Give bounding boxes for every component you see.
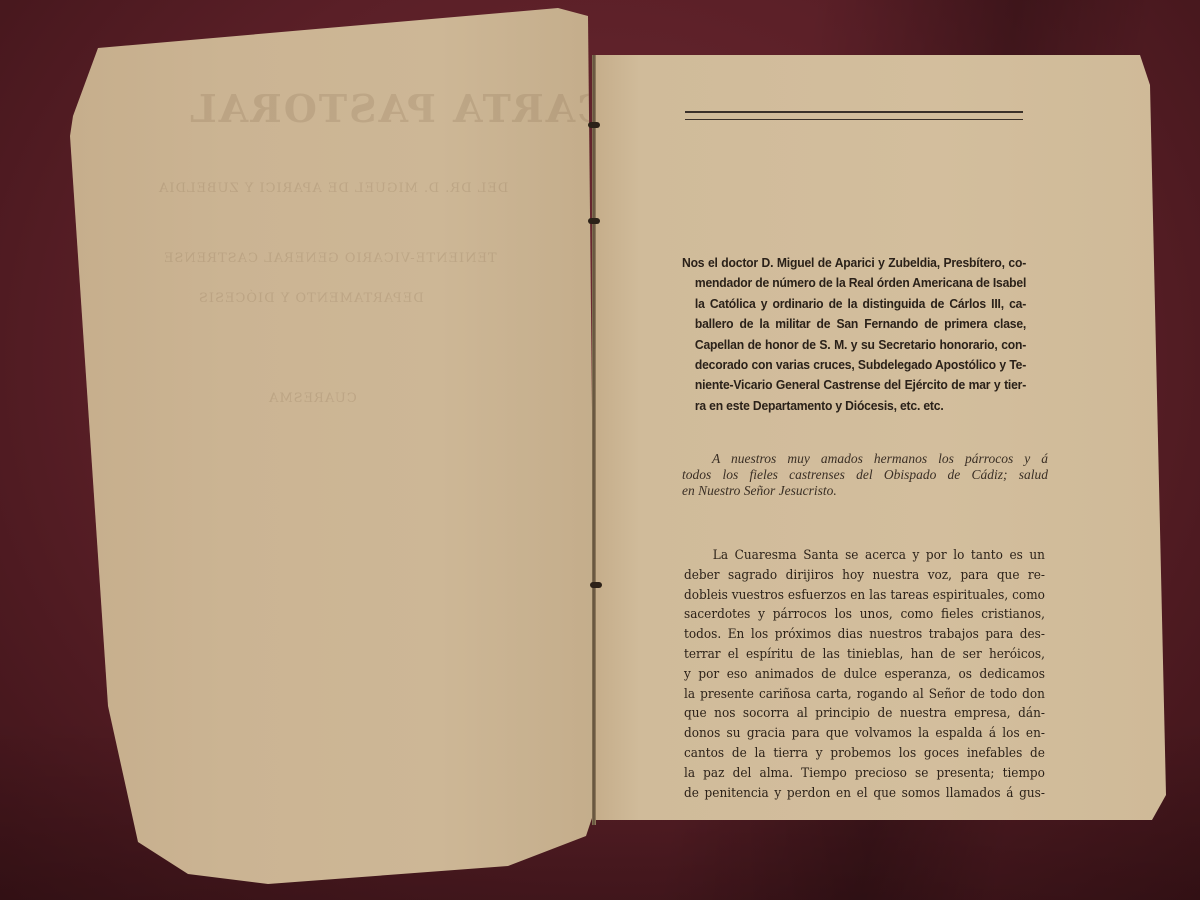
header-double-rule [685, 111, 1023, 120]
bleed-through-line: DEPARTAMENTO Y DIÓCESIS [198, 291, 424, 306]
body-line: todos. En los próximos dias nuestros tra… [684, 624, 1045, 644]
body-line: que nos socorra al principio de nuestra … [684, 703, 1045, 723]
book-spine [592, 55, 596, 825]
body-line: terrar el espíritu de las tinieblas, han… [684, 644, 1045, 664]
left-page: CARTA PASTORAL DEL DR. D. MIGUEL DE APAR… [68, 6, 598, 886]
body-line: de penitencia y perdon en el que somos l… [684, 783, 1045, 803]
binding-stitch [588, 218, 600, 224]
title-heading-block: Nos el doctor D. Miguel de Aparici y Zub… [682, 253, 1026, 416]
heading-line: niente-Vicario General Castrense del Ejé… [682, 375, 1026, 395]
salutation-line: en Nuestro Señor Jesucristo. [682, 483, 1048, 499]
bleed-through-line: DEL DR. D. MIGUEL DE APARICI Y ZUBELDIA [158, 181, 508, 196]
binding-stitch [590, 582, 602, 588]
salutation-block: A nuestros muy amados hermanos los párro… [682, 451, 1048, 499]
body-line: sacerdotes y párrocos los unos, como fie… [684, 604, 1045, 624]
salutation-line: A nuestros muy amados hermanos los párro… [682, 451, 1048, 467]
body-line: deber sagrado dirijiros hoy nuestra voz,… [684, 565, 1045, 585]
bleed-through-title: CARTA PASTORAL [188, 86, 607, 131]
heading-line: Nos el doctor D. Miguel de Aparici y Zub… [682, 253, 1026, 273]
heading-line: ballero de la militar de San Fernando de… [682, 314, 1026, 334]
body-line: La Cuaresma Santa se acerca y por lo tan… [684, 545, 1045, 565]
binding-stitch [588, 122, 600, 128]
body-line: dobleis vuestros esfuerzos en las tareas… [684, 585, 1045, 605]
right-page: Nos el doctor D. Miguel de Aparici y Zub… [594, 55, 1166, 820]
heading-line: ra en este Departamento y Diócesis, etc.… [682, 396, 1026, 416]
bleed-through-line: CUARESMA [268, 391, 357, 406]
body-line: donos su gracia para que volvamos la esp… [684, 723, 1045, 743]
body-line: y por eso animados de dulce esperanza, o… [684, 664, 1045, 684]
salutation-line: todos los fieles castrenses del Obispado… [682, 467, 1048, 483]
heading-line: decorado con varias cruces, Subdelegado … [682, 355, 1026, 375]
heading-line: Capellan de honor de S. M. y su Secretar… [682, 335, 1026, 355]
body-paragraph: La Cuaresma Santa se acerca y por lo tan… [684, 545, 1045, 802]
bleed-through-line: TENIENTE-VICARIO GENERAL CASTRENSE [163, 251, 497, 266]
heading-line: mendador de número de la Real órden Amer… [682, 273, 1026, 293]
body-line: la presente cariñosa carta, rogando al S… [684, 684, 1045, 704]
heading-line: la Católica y ordinario de la distinguid… [682, 294, 1026, 314]
body-line: cantos de la tierra y probemos los goces… [684, 743, 1045, 763]
body-line: la paz del alma. Tiempo precioso se pres… [684, 763, 1045, 783]
